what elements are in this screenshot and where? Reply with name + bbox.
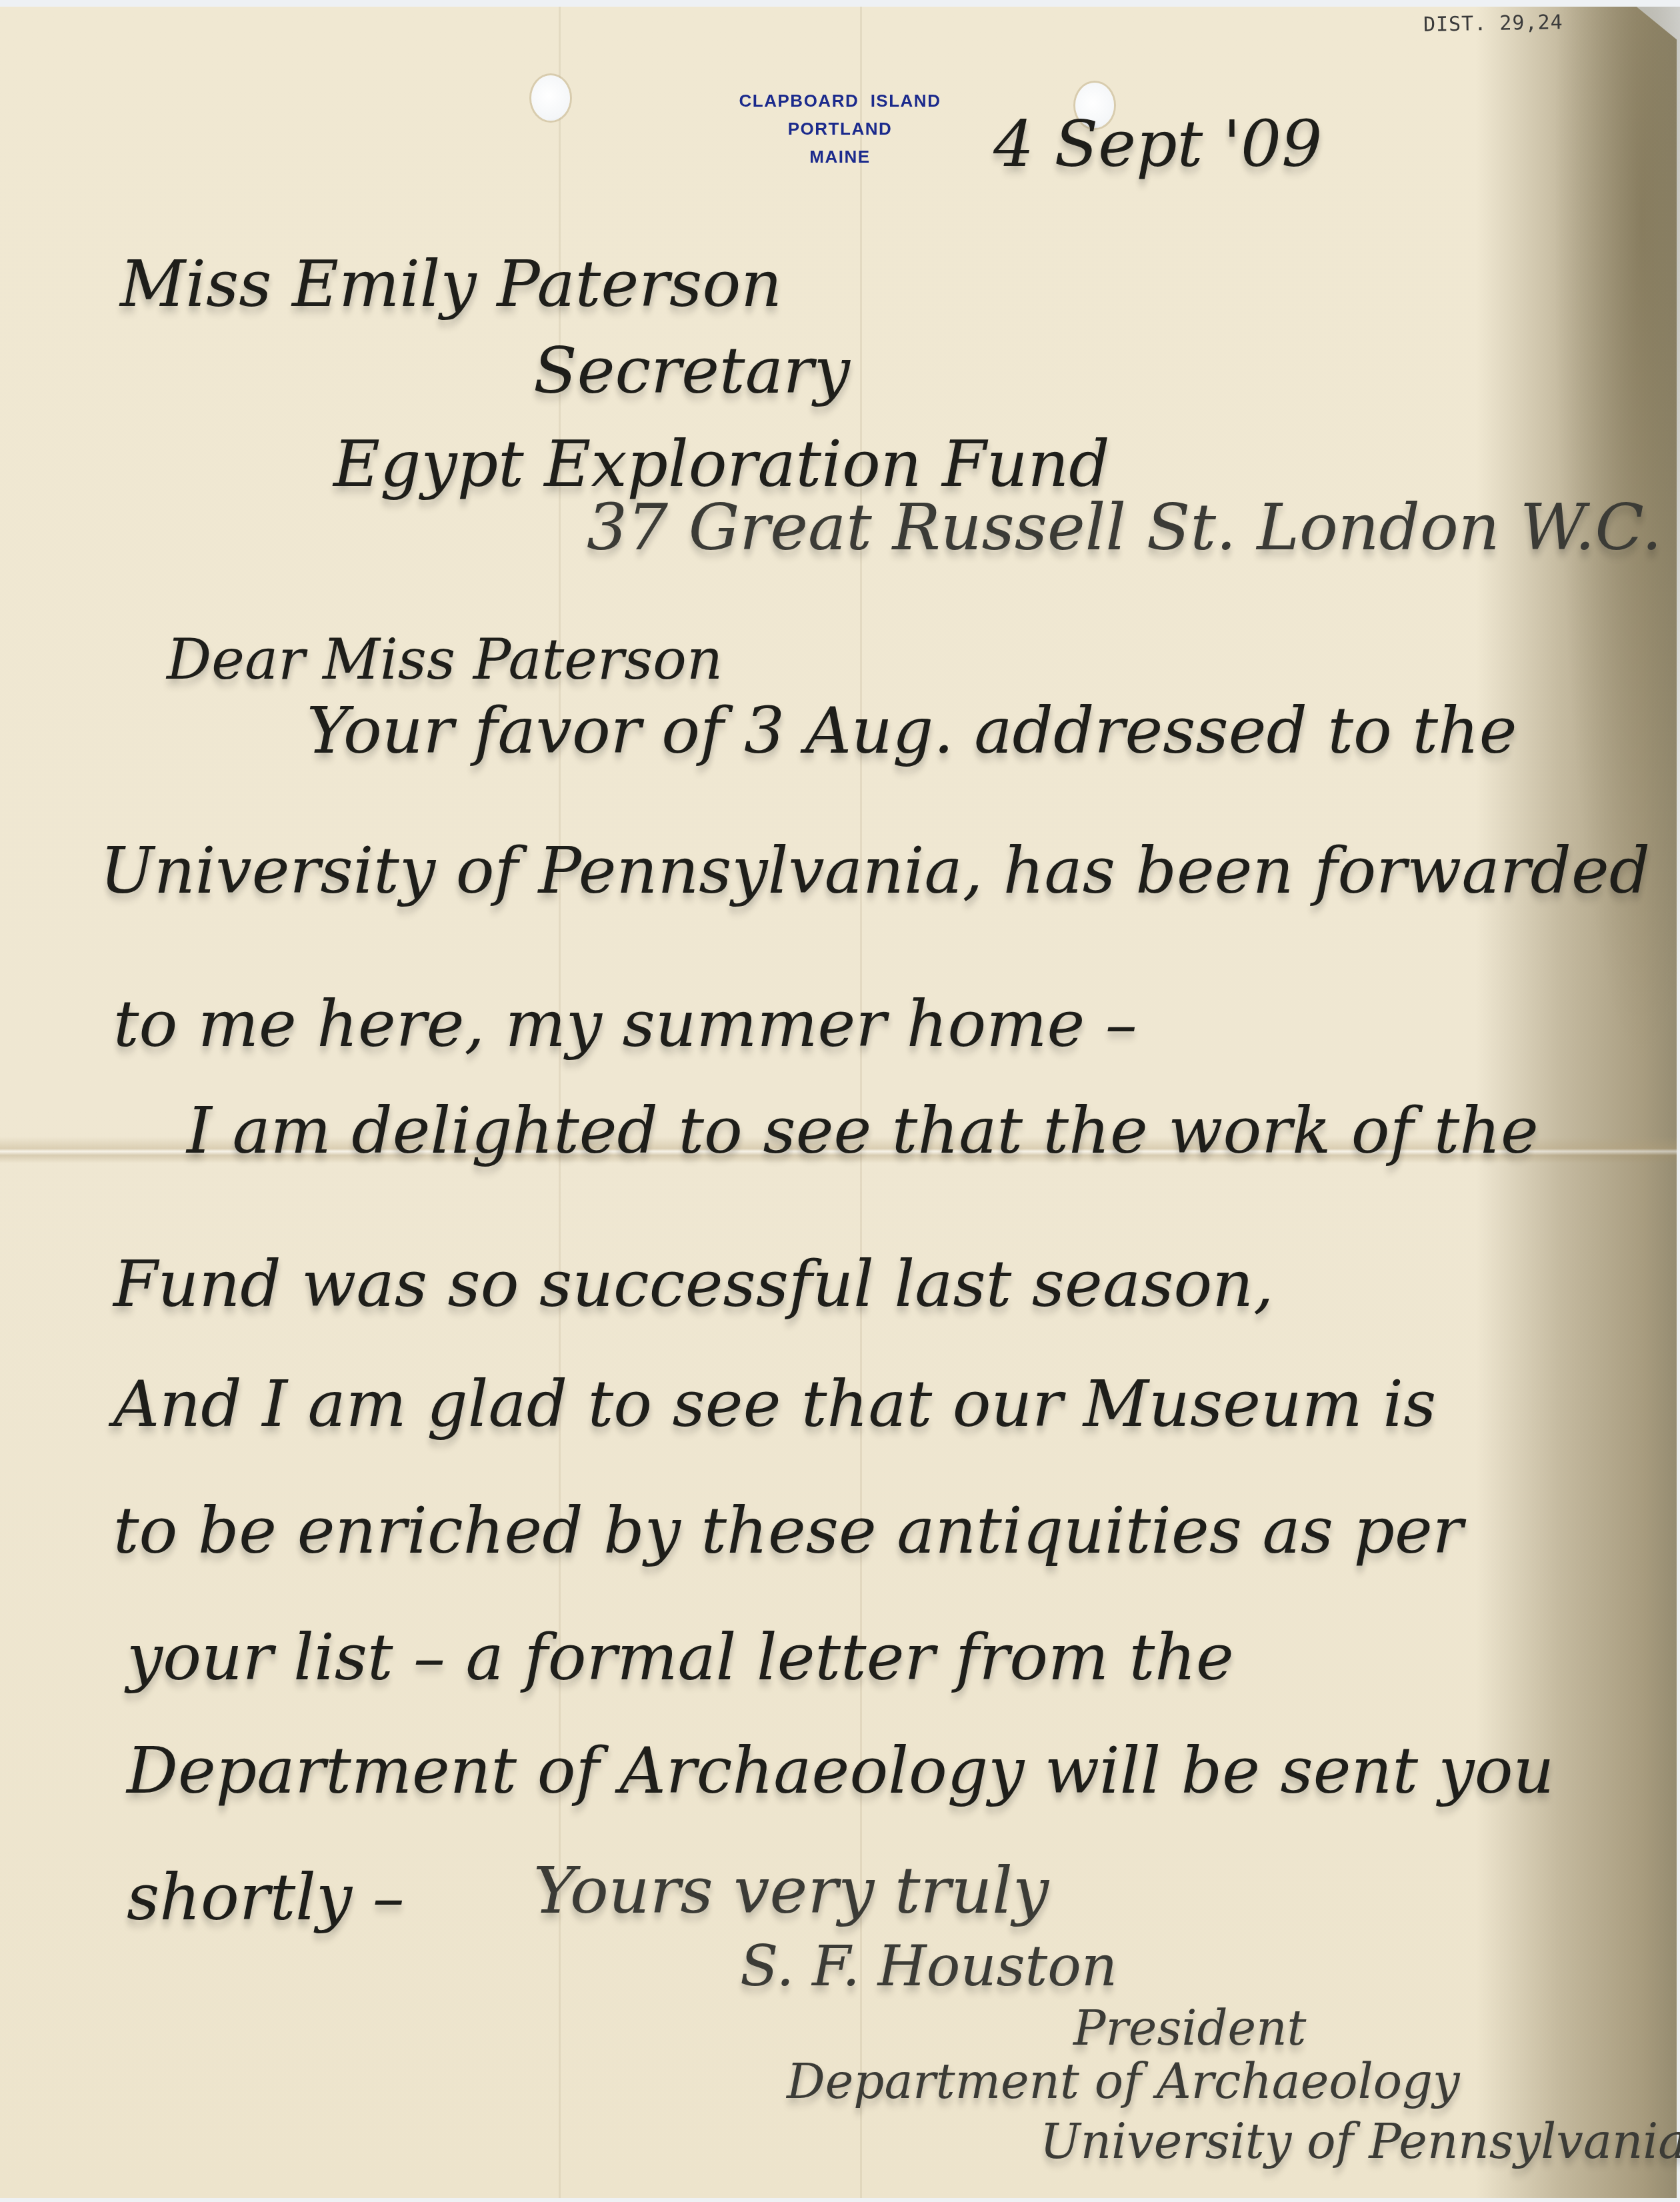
body-line: University of Pennsylvania, has been for… <box>100 833 1650 908</box>
signature-department: Department of Archaeology <box>787 2053 1460 2109</box>
letterhead-line: PORTLAND <box>667 115 1013 143</box>
body-line: shortly – <box>127 1860 405 1935</box>
salutation: Dear Miss Paterson <box>167 627 723 692</box>
body-line: I am delighted to see that the work of t… <box>187 1093 1539 1168</box>
letterhead-stamp: CLAPBOARD ISLAND PORTLAND MAINE <box>667 87 1013 171</box>
letterhead-line: CLAPBOARD ISLAND <box>667 87 1013 115</box>
recipient-address: 37 Great Russell St. London W.C. <box>587 490 1662 565</box>
recipient-name: Miss Emily Paterson <box>120 247 782 321</box>
signature-title: President <box>1073 2000 1306 2056</box>
letterhead-line: MAINE <box>667 143 1013 171</box>
punch-hole <box>531 75 570 121</box>
body-line: Fund was so successful last season, <box>113 1247 1274 1321</box>
signature-name: S. F. Houston <box>740 1933 1117 1999</box>
signature-institution: University of Pennsylvania <box>1040 2113 1680 2169</box>
body-line: to be enriched by these antiquities as p… <box>113 1493 1463 1568</box>
recipient-title: Secretary <box>533 333 850 408</box>
body-line: to me here, my summer home – <box>113 987 1137 1061</box>
body-line: And I am glad to see that our Museum is <box>113 1367 1436 1441</box>
body-line: your list – a formal letter from the <box>127 1620 1234 1695</box>
letter-date: 4 Sept '09 <box>993 107 1322 181</box>
body-line: Department of Archaeology will be sent y… <box>127 1733 1554 1808</box>
closing: Yours very truly <box>533 1853 1049 1928</box>
body-line: Your favor of 3 Aug. addressed to the <box>307 693 1517 768</box>
archive-reference-note: DIST. 29,24 <box>1423 11 1563 37</box>
